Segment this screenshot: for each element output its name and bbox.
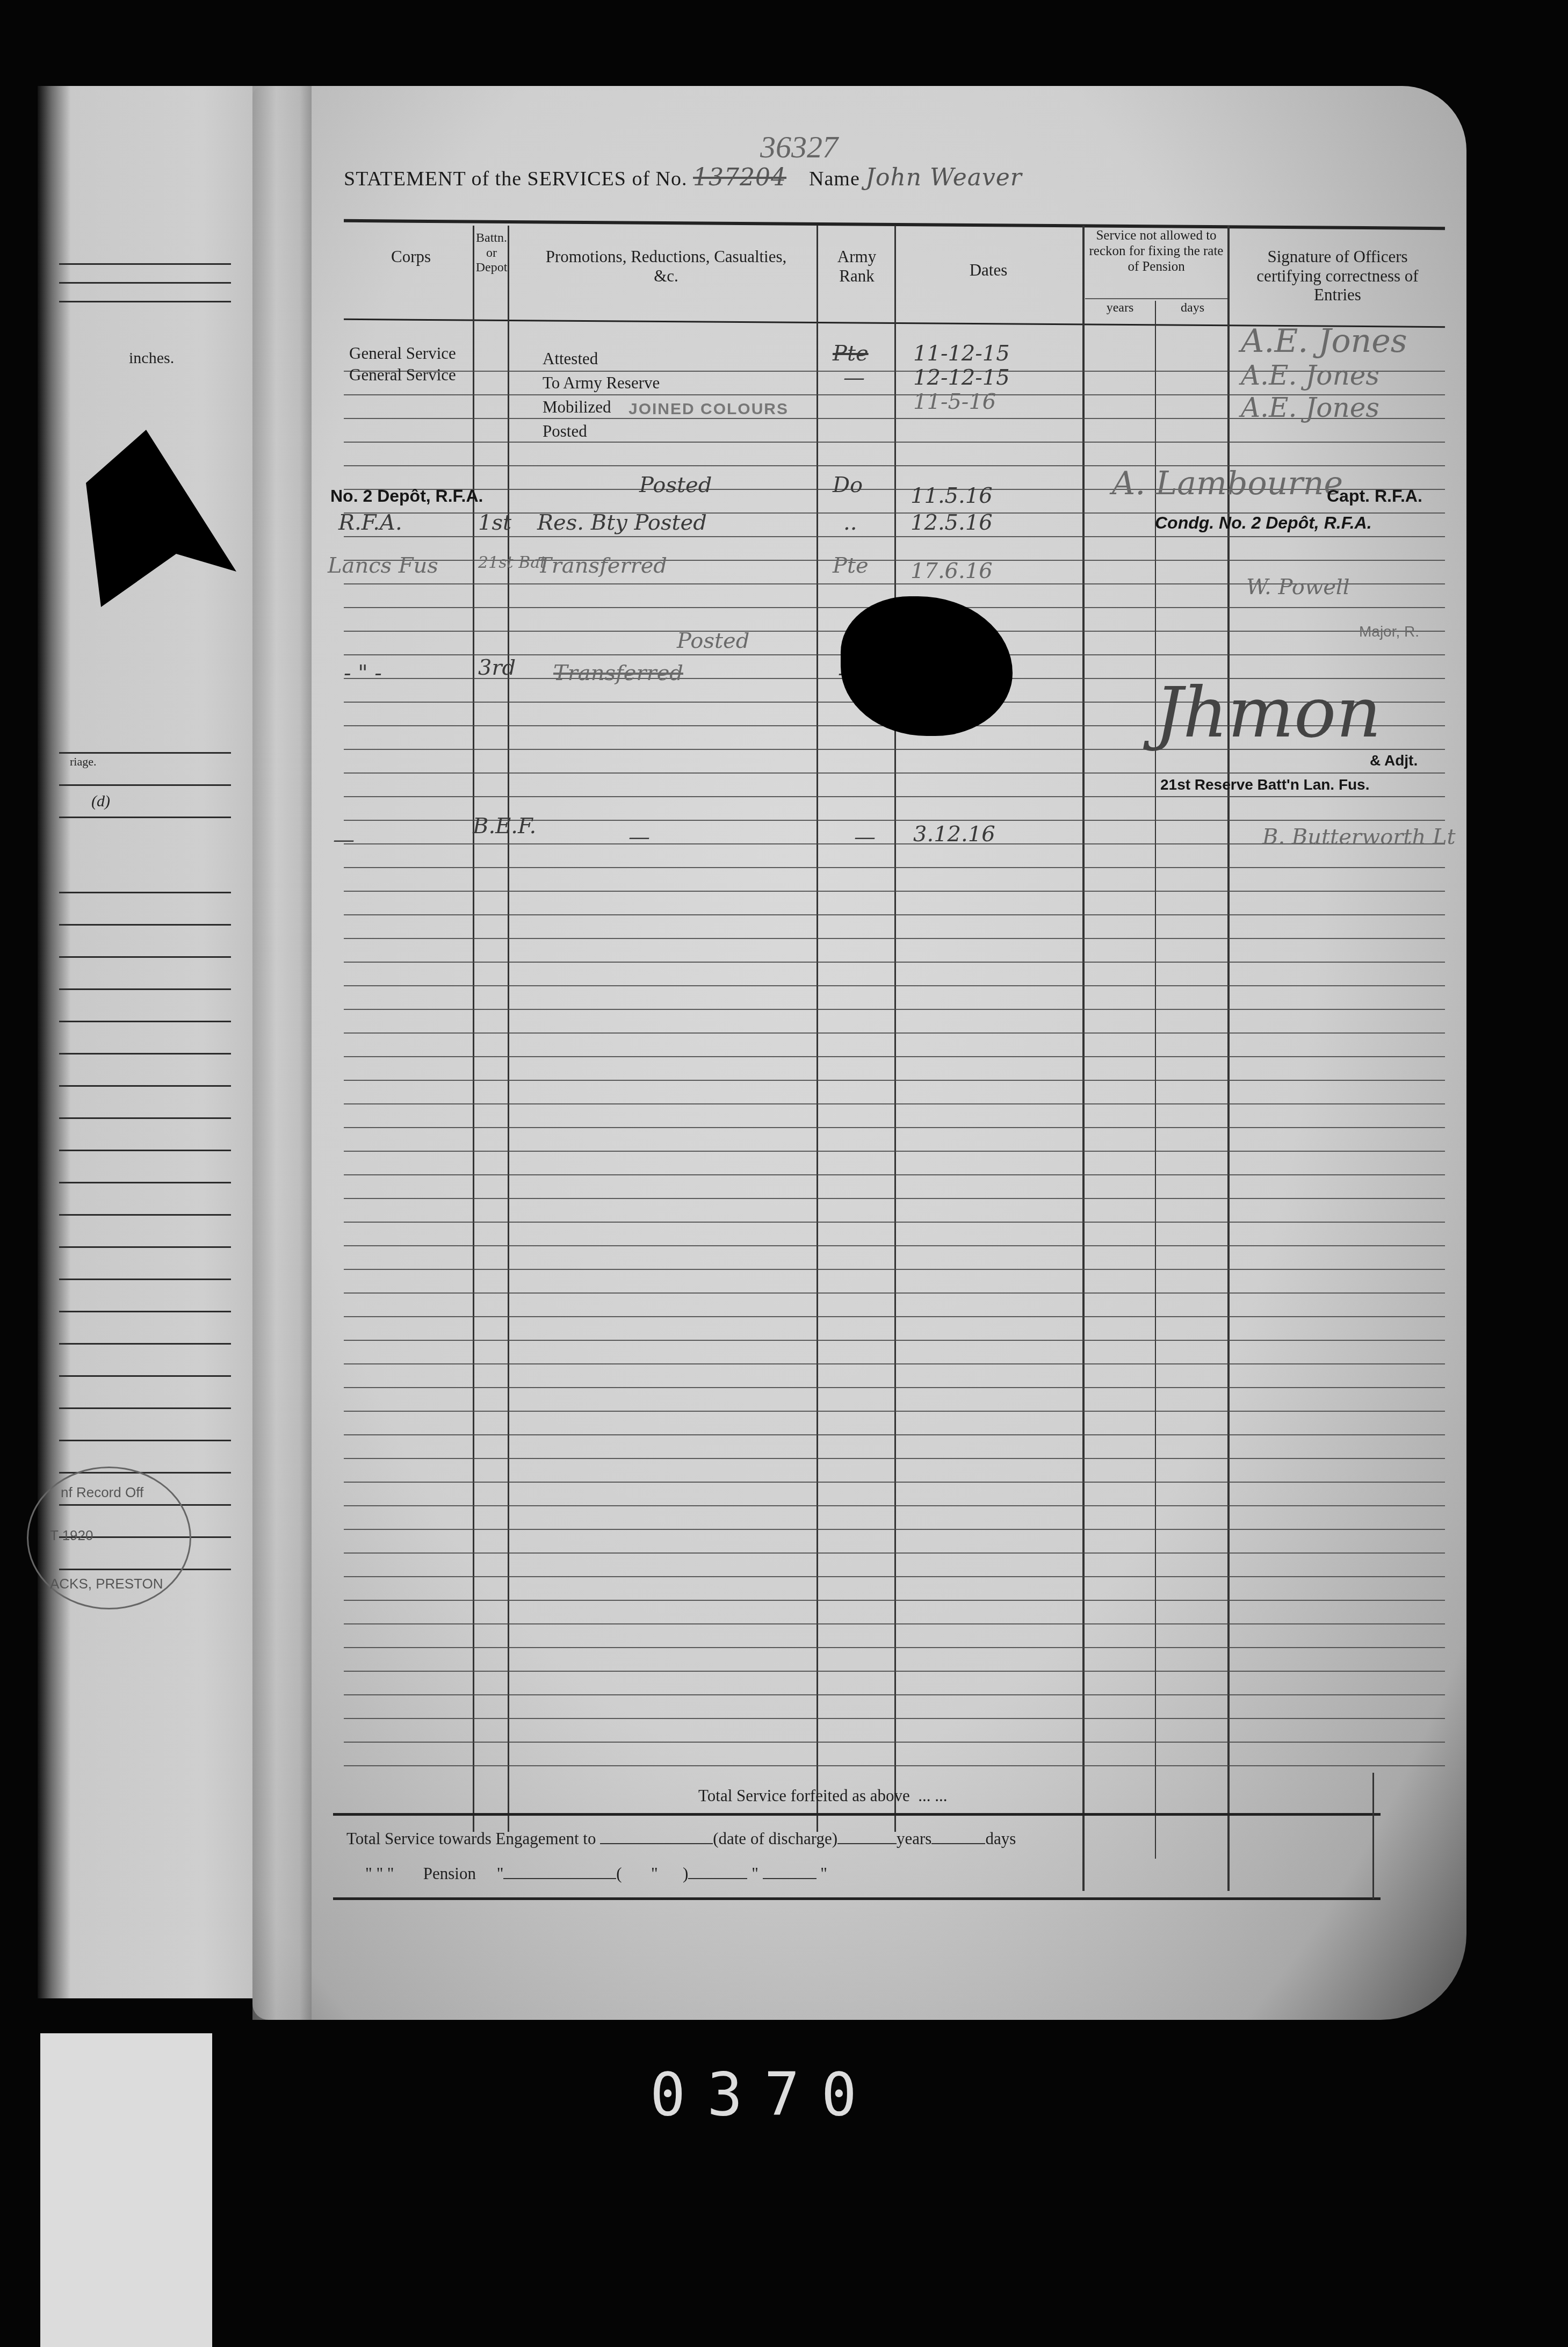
col-divider	[508, 226, 509, 1832]
frame-digit: 0	[821, 2060, 857, 2129]
pension-label: Pension	[423, 1864, 476, 1883]
row2-corps: General Service	[349, 365, 456, 385]
row-rule	[344, 1482, 1445, 1483]
row5-event: Posted	[639, 473, 712, 497]
row-rule	[344, 1765, 1445, 1766]
title-prefix: STATEMENT of the SERVICES of No.	[344, 168, 688, 190]
forfeited-label: Total Service forfeited as above ... ...	[698, 1786, 948, 1806]
engagement-date-blank	[600, 1830, 713, 1844]
row9-date: 3.12.16	[913, 822, 995, 847]
name-value: John Weaver	[865, 164, 1022, 191]
row-rule	[344, 1292, 1445, 1294]
row3-event: Mobilized	[543, 398, 611, 417]
row3-signature: A.E. Jones	[1241, 392, 1379, 423]
row-rule	[344, 1245, 1445, 1246]
years-label: years	[897, 1829, 931, 1848]
row7-signature: W. Powell	[1246, 575, 1349, 600]
row6-rank: ..	[843, 510, 857, 535]
row-rule	[344, 891, 1445, 892]
row-rule	[344, 1151, 1445, 1152]
footer-bottom-rule	[333, 1897, 1381, 1900]
row8-corps: - " -	[344, 661, 382, 685]
row-rule	[344, 1009, 1445, 1010]
row5-rank: Do	[833, 473, 863, 497]
row6-battn: 1st	[478, 510, 511, 535]
row-rule	[344, 1340, 1445, 1341]
row-rule	[344, 796, 1445, 797]
row1-date: 11-12-15	[913, 341, 1010, 366]
row5-corps-stamp: No. 2 Depôt, R.F.A.	[330, 486, 483, 506]
row9-rank: —	[854, 825, 876, 849]
row9-signature: B. Butterworth Lt	[1262, 825, 1456, 849]
col-divider	[473, 226, 474, 1832]
footnote-marker: (d)	[91, 792, 110, 811]
col-divider	[894, 226, 896, 1832]
row-rule	[344, 1694, 1445, 1695]
form-rule	[59, 817, 231, 818]
row8-event: Posted	[677, 629, 749, 653]
date-of-discharge-label: (date of discharge)	[713, 1829, 837, 1848]
row7-rank: Pte	[833, 553, 869, 578]
row-rule	[344, 938, 1445, 939]
service-record-page: 36327 STATEMENT of the SERVICES of No. 1…	[252, 86, 1466, 2020]
row-rule	[344, 1647, 1445, 1648]
row3-date: 11-5-16	[913, 389, 996, 414]
header-years: years	[1088, 301, 1152, 316]
page-fold-shadow	[252, 86, 312, 2020]
marriage-label: riage.	[70, 755, 96, 769]
header-dates: Dates	[897, 261, 1080, 280]
form-rule	[59, 752, 231, 754]
row1-event: Attested	[543, 349, 598, 369]
row-rule	[344, 1623, 1445, 1624]
film-label-card	[40, 2033, 212, 2347]
col-divider	[816, 226, 818, 1832]
row6-corps: R.F.A.	[338, 510, 402, 535]
row4-event: Posted	[543, 422, 587, 441]
joined-colours-stamp: JOINED COLOURS	[628, 400, 789, 418]
row-rule	[344, 1411, 1445, 1412]
engagement-label: Total Service towards Engagement to	[346, 1829, 596, 1848]
header-days: days	[1160, 301, 1225, 316]
row7-event: Transferred	[537, 553, 667, 578]
row8-battn: 3rd	[478, 655, 516, 680]
row-rule	[344, 1127, 1445, 1128]
header-army-rank: Army Rank	[822, 247, 892, 285]
frame-digit: 3	[707, 2060, 742, 2129]
adjutant-signature: Jhmon	[1155, 671, 1381, 753]
inches-label: inches.	[129, 349, 174, 367]
row-rule	[344, 772, 1445, 774]
row9-event: —	[628, 825, 650, 849]
service-number-current: 36327	[760, 129, 838, 165]
row2-date: 12-12-15	[913, 365, 1010, 390]
pension-row: " " " Pension "( " ) " "	[365, 1864, 827, 1883]
name-label: Name	[809, 168, 860, 190]
row7-corps: Lancs Fus	[328, 553, 438, 578]
row-rule	[344, 1671, 1445, 1672]
battalion-stamp: 21st Reserve Batt'n Lan. Fus.	[1160, 776, 1369, 793]
row-rule	[344, 1080, 1445, 1081]
row5-signature: A. Lambourne	[1112, 465, 1343, 502]
row2-event: To Army Reserve	[543, 373, 660, 393]
row6-date: 12.5.16	[911, 510, 993, 535]
document-title: STATEMENT of the SERVICES of No. 137204 …	[344, 164, 1022, 191]
header-corps: Corps	[349, 247, 473, 266]
row2-rank: —	[843, 365, 865, 390]
record-office-stamp: nf Record Off T 1920 ACKS, PRESTON	[27, 1467, 191, 1609]
footer-top-rule	[333, 1813, 1381, 1816]
row-rule	[344, 1529, 1445, 1530]
col-divider	[1082, 226, 1085, 1891]
row-rule	[344, 867, 1445, 868]
row-rule	[344, 962, 1445, 963]
row-rule	[344, 1505, 1445, 1506]
row-rule	[344, 1198, 1445, 1199]
capt-rfa-stamp: Capt. R.F.A.	[1327, 486, 1422, 506]
header-service-not-allowed: Service not allowed to reckon for fixing…	[1088, 228, 1225, 275]
row-rule	[344, 1552, 1445, 1554]
row-rule	[344, 1222, 1445, 1223]
adjt-stamp: & Adjt.	[1370, 752, 1418, 769]
row-rule	[344, 1174, 1445, 1175]
row7-battn: 21st Bat	[478, 553, 546, 572]
frame-digit: 0	[650, 2060, 685, 2129]
frame-counter: 0 3 7 0	[650, 2060, 857, 2129]
row5-date: 11.5.16	[911, 483, 993, 508]
row-rule	[344, 536, 1445, 537]
row1-corps: General Service	[349, 344, 456, 363]
form-rule	[59, 784, 231, 786]
header-signature: Signature of Officers certifying correct…	[1235, 247, 1440, 305]
row-rule	[344, 442, 1445, 443]
footer-bracket	[1372, 1773, 1374, 1899]
row-rule	[344, 1458, 1445, 1459]
form-rule	[59, 282, 231, 284]
frame-digit: 7	[764, 2060, 799, 2129]
row6-event: Res. Bty Posted	[537, 510, 707, 535]
major-stamp: Major, R.	[1359, 623, 1419, 640]
row7-date: 17.6.16	[911, 559, 993, 583]
row-rule	[344, 914, 1445, 915]
row9-battn: B.E.F.	[473, 814, 536, 839]
row-rule	[344, 985, 1445, 986]
row1-rank: Pte	[833, 341, 869, 366]
row-rule	[344, 1600, 1445, 1601]
torn-hole	[86, 430, 236, 607]
row8-event-struck: Transferred	[553, 661, 683, 685]
header-battn: Battn. or Depot	[475, 231, 508, 276]
form-rule	[59, 301, 231, 302]
row1-signature: A.E. Jones	[1241, 322, 1407, 360]
days-label: days	[985, 1829, 1016, 1848]
row-rule	[344, 1434, 1445, 1435]
row9-corps: —	[333, 827, 355, 852]
row2-signature: A.E. Jones	[1241, 360, 1379, 391]
row-rule	[344, 1269, 1445, 1270]
row-rule	[344, 1718, 1445, 1719]
row-rule	[344, 1032, 1445, 1034]
condg-depot-stamp: Condg. No. 2 Depôt, R.F.A.	[1155, 513, 1372, 533]
row-rule	[344, 1316, 1445, 1317]
row-rule	[344, 1576, 1445, 1577]
row-rule	[344, 1742, 1445, 1743]
row-rule	[344, 1387, 1445, 1388]
row-rule	[344, 1056, 1445, 1057]
row-rule	[344, 1363, 1445, 1364]
left-page-fragment: inches. riage. (d) nf Record Off T 1920 …	[38, 86, 274, 1998]
row-rule	[344, 1103, 1445, 1104]
burn-hole	[841, 596, 1013, 736]
header-promotions: Promotions, Reductions, Casualties, &c.	[532, 247, 800, 285]
service-number-struck: 137204	[693, 164, 786, 191]
engagement-row: Total Service towards Engagement to (dat…	[346, 1829, 1016, 1848]
form-rule	[59, 263, 231, 265]
